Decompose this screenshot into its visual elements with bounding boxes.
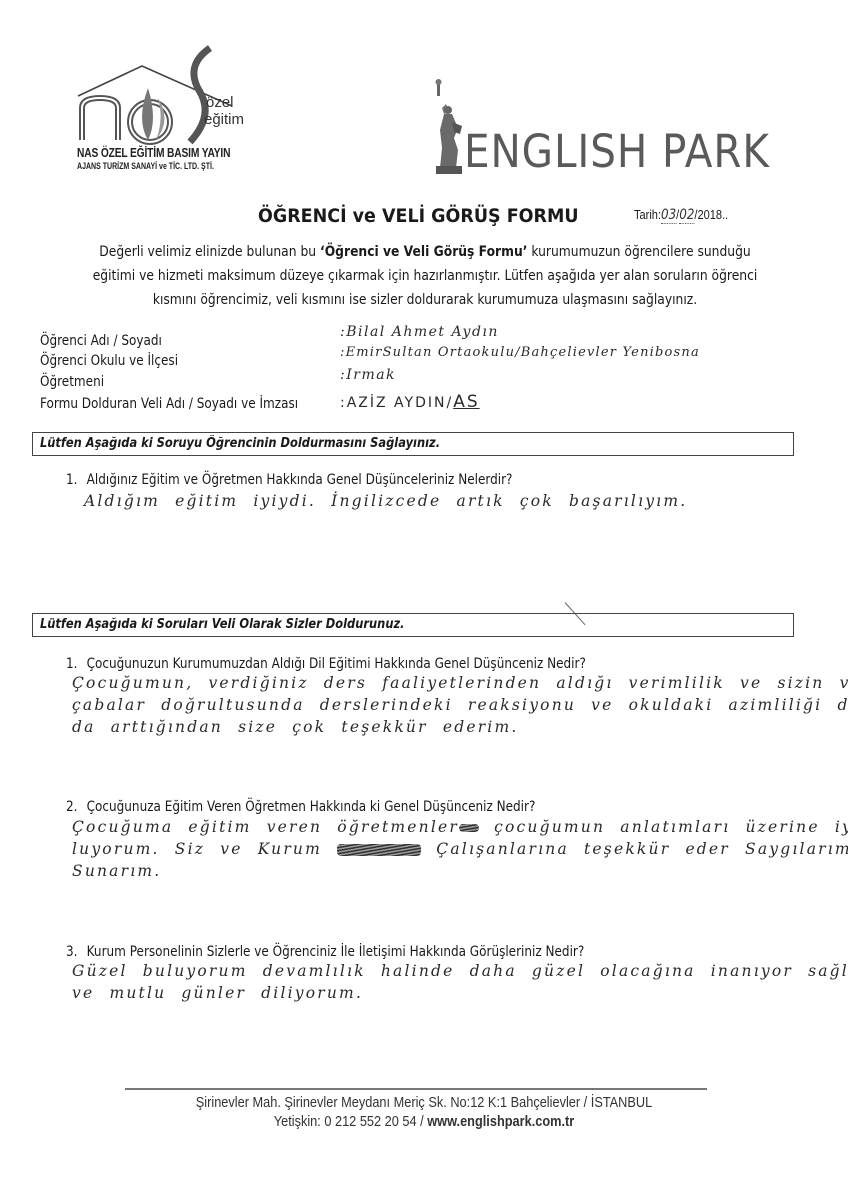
answer-line: Aldığım eğitim iyiydi. İngilizcede artık… <box>84 490 844 512</box>
answer-line: çabalar doğrultusunda derslerindeki reak… <box>72 694 832 716</box>
date-day: 03 <box>661 207 676 224</box>
answer-line: çocuğumun anlatımları üzerine iyi bu- <box>494 818 848 836</box>
answer-line: da arttığından size çok teşekkür ederim. <box>72 716 832 738</box>
nas-company-name: NAS ÖZEL EĞİTİM BASIM YAYIN <box>77 146 230 160</box>
student-name-value[interactable]: :Bilal Ahmet Aydın <box>340 324 499 340</box>
student-school-label: Öğrenci Okulu ve İlçesi <box>40 353 178 369</box>
nas-company-sub: AJANS TURİZM SANAYİ ve TİC. LTD. ŞTİ. <box>77 161 214 171</box>
parent-name-value[interactable]: :AZİZ AYDIN/AS <box>340 392 480 412</box>
parent-answer-3[interactable]: Güzel buluyorum devamlılık halinde daha … <box>72 960 832 1004</box>
answer-line: luyorum. Siz ve Kurum <box>72 840 322 858</box>
intro-form-name: ‘Öğrenci ve Veli Görüş Formu’ <box>320 244 527 260</box>
parent-name-text: :AZİZ AYDIN/ <box>340 395 453 411</box>
nas-ozel-text: özel <box>206 94 234 111</box>
question-text: Çocuğunuza Eğitim Veren Öğretmen Hakkınd… <box>87 799 536 815</box>
date-suffix: .. <box>722 207 728 222</box>
scribbled-out-text <box>337 844 421 856</box>
parent-answer-2[interactable]: Çocuğuma eğitim veren öğretmenler çocuğu… <box>72 816 832 882</box>
date-month: 02 <box>679 207 694 224</box>
question-text: Çocuğunuzun Kurumumuzdan Aldığı Dil Eğit… <box>87 656 586 672</box>
date-year: 2018 <box>697 207 722 222</box>
answer-line: Çocuğumun, verdiğiniz ders faaliyetlerin… <box>72 672 832 694</box>
date-field[interactable]: Tarih:03/02/2018.. <box>634 207 728 223</box>
student-section-heading: Lütfen Aşağıda ki Soruyu Öğrencinin Dold… <box>32 432 794 456</box>
english-park-logo: ENGLISH PARK <box>432 78 772 178</box>
parent-question-3: 3.Kurum Personelinin Sizlerle ve Öğrenci… <box>66 944 584 960</box>
nas-logo: özel eğitim NAS ÖZEL EĞİTİM BASIM YAYIN … <box>72 40 242 180</box>
student-answer-1[interactable]: Aldığım eğitim iyiydi. İngilizcede artık… <box>84 490 844 512</box>
parent-signature: AS <box>453 392 479 412</box>
parent-name-label: Formu Dolduran Veli Adı / Soyadı ve İmza… <box>40 396 298 412</box>
teacher-label: Öğretmeni <box>40 374 104 390</box>
question-text: Aldığınız Eğitim ve Öğretmen Hakkında Ge… <box>87 472 513 488</box>
question-number: 1. <box>66 656 87 672</box>
english-park-text: ENGLISH PARK <box>464 125 770 178</box>
date-label: Tarih: <box>634 207 661 222</box>
answer-line: ve mutlu günler diliyorum. <box>72 982 832 1004</box>
intro-paragraph: Değerli velimiz elinizde bulunan bu ‘Öğr… <box>77 240 772 312</box>
footer-divider <box>125 1088 707 1090</box>
form-title: ÖĞRENCİ ve VELİ GÖRÜŞ FORMU <box>258 205 579 227</box>
intro-text-1: Değerli velimiz elinizde bulunan bu <box>99 244 320 260</box>
answer-line: Güzel buluyorum devamlılık halinde daha … <box>72 960 832 982</box>
footer-website-link[interactable]: www.englishpark.com.tr <box>427 1114 574 1130</box>
parent-section-heading-text: Lütfen Aşağıda ki Soruları Veli Olarak S… <box>40 617 404 632</box>
answer-line: Sunarım. <box>72 860 832 882</box>
scribbled-out-text <box>459 824 479 832</box>
statue-of-liberty-icon <box>432 78 466 178</box>
footer-phone: Yetişkin: 0 212 552 20 54 / <box>274 1114 427 1130</box>
student-question-1: 1.Aldığınız Eğitim ve Öğretmen Hakkında … <box>66 472 512 488</box>
parent-answer-1[interactable]: Çocuğumun, verdiğiniz ders faaliyetlerin… <box>72 672 832 738</box>
teacher-value[interactable]: :Irmak <box>340 367 396 383</box>
question-number: 1. <box>66 472 87 488</box>
footer-address: Şirinevler Mah. Şirinevler Meydanı Meriç… <box>139 1095 709 1111</box>
student-name-label: Öğrenci Adı / Soyadı <box>40 333 162 349</box>
parent-section-heading: Lütfen Aşağıda ki Soruları Veli Olarak S… <box>32 613 794 637</box>
footer-contact: Yetişkin: 0 212 552 20 54 / www.englishp… <box>139 1114 709 1130</box>
question-number: 3. <box>66 944 87 960</box>
question-text: Kurum Personelinin Sizlerle ve Öğrencini… <box>87 944 585 960</box>
student-section-heading-text: Lütfen Aşağıda ki Soruyu Öğrencinin Dold… <box>40 436 440 451</box>
nas-egitim-text: eğitim <box>204 111 244 128</box>
student-school-value[interactable]: :EmirSultan Ortaokulu/Bahçelievler Yenib… <box>340 345 700 360</box>
answer-line: Çalışanlarına teşekkür eder Saygılarımı <box>436 840 848 858</box>
question-number: 2. <box>66 799 87 815</box>
parent-question-2: 2.Çocuğunuza Eğitim Veren Öğretmen Hakkı… <box>66 799 535 815</box>
parent-question-1: 1.Çocuğunuzun Kurumumuzdan Aldığı Dil Eğ… <box>66 656 586 672</box>
answer-line: Çocuğuma eğitim veren öğretmenler <box>72 818 459 836</box>
